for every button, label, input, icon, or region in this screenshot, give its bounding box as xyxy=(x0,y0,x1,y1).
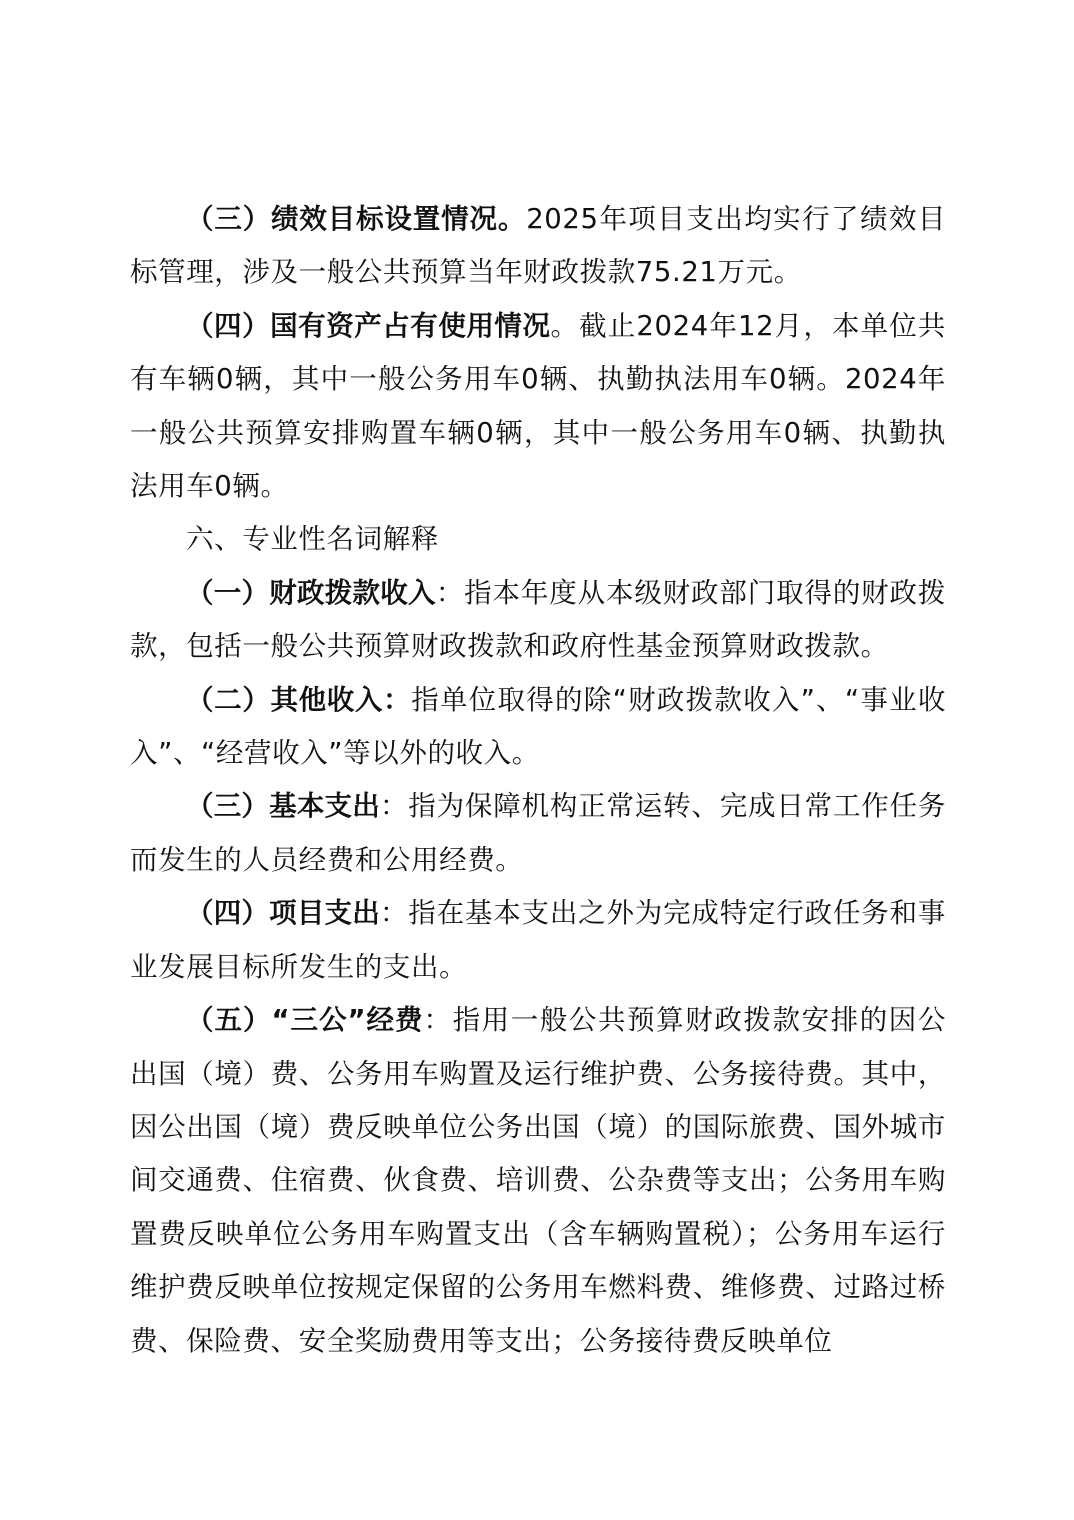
paragraph-fiscal-appropriation-income: （一）财政拨款收入：指本年度从本级财政部门取得的财政拨款，包括一般公共预算财政拨… xyxy=(130,567,946,674)
paragraph-lead: （三）基本支出 xyxy=(186,790,380,822)
paragraph-lead: （三）绩效目标设置情况。 xyxy=(186,203,526,235)
document-page: （三）绩效目标设置情况。2025年项目支出均实行了绩效目标管理，涉及一般公共预算… xyxy=(130,193,946,1368)
paragraph-lead: （四）国有资产占有使用情况 xyxy=(186,310,551,342)
paragraph-lead: （一）财政拨款收入 xyxy=(186,577,436,609)
paragraph-lead: （五）“三公”经费 xyxy=(186,1004,424,1036)
section-heading-text: 六、专业性名词解释 xyxy=(186,523,439,555)
section-heading-terminology: 六、专业性名词解释 xyxy=(130,513,946,566)
paragraph-other-income: （二）其他收入：指单位取得的除“财政拨款收入”、“事业收入”、“经营收入”等以外… xyxy=(130,674,946,781)
paragraph-lead: （四）项目支出 xyxy=(186,897,380,929)
paragraph-performance-targets: （三）绩效目标设置情况。2025年项目支出均实行了绩效目标管理，涉及一般公共预算… xyxy=(130,193,946,300)
paragraph-three-public-expenses: （五）“三公”经费：指用一般公共预算财政拨款安排的因公出国（境）费、公务用车购置… xyxy=(130,994,946,1368)
paragraph-state-assets: （四）国有资产占有使用情况。截止2024年12月，本单位共有车辆0辆，其中一般公… xyxy=(130,300,946,514)
paragraph-project-expenditure: （四）项目支出：指在基本支出之外为完成特定行政任务和事业发展目标所发生的支出。 xyxy=(130,887,946,994)
paragraph-body: ：指用一般公共预算财政拨款安排的因公出国（境）费、公务用车购置及运行维护费、公务… xyxy=(130,1004,946,1356)
paragraph-basic-expenditure: （三）基本支出：指为保障机构正常运转、完成日常工作任务而发生的人员经费和公用经费… xyxy=(130,780,946,887)
paragraph-lead: （二）其他收入： xyxy=(186,684,411,716)
